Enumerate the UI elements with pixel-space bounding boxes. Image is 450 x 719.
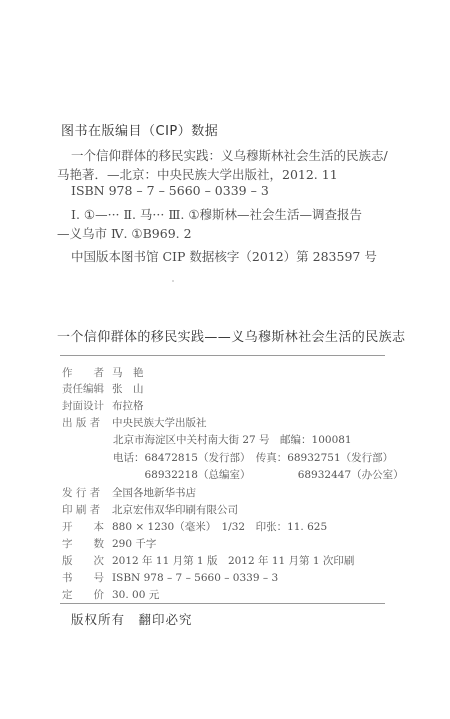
info-label: 封面设计: [62, 398, 112, 413]
info-value: 布拉格: [112, 398, 144, 413]
cip-isbn-line: ISBN 978 – 7 – 5660 – 0339 – 3: [71, 183, 269, 198]
info-printer: 印 刷 者北京宏伟双华印刷有限公司: [62, 502, 238, 517]
info-value: 2012 年 11 月第 1 版 2012 年 11 月第 1 次印刷: [112, 553, 354, 568]
copyright-notice: 版权所有 翻印必究: [71, 610, 193, 628]
book-title: 一个信仰群体的移民实践——义乌穆斯林社会生活的民族志: [57, 326, 405, 345]
bottom-divider: [60, 603, 385, 604]
info-value: 北京宏伟双华印刷有限公司: [112, 502, 238, 517]
info-distributor: 发 行 者全国各地新华书店: [62, 485, 196, 500]
info-value: 30. 00 元: [112, 587, 159, 602]
info-author: 作 者马 艳: [62, 365, 144, 380]
info-format: 开 本880 × 1230（毫米） 1/32 印张：11. 625: [62, 519, 327, 534]
info-value: 880 × 1230（毫米） 1/32 印张：11. 625: [112, 519, 327, 534]
cip-record-number: 中国版本图书馆 CIP 数据核字（2012）第 283597 号: [71, 247, 377, 265]
info-cover-design: 封面设计布拉格: [62, 398, 144, 413]
info-value: 290 千字: [112, 536, 156, 551]
info-word-count: 字 数290 千字: [62, 536, 156, 551]
info-price: 定 价30. 00 元: [62, 587, 159, 602]
info-value: 全国各地新华书店: [112, 485, 196, 500]
info-label: 开 本: [62, 519, 112, 534]
info-label: 责任编辑: [62, 381, 112, 396]
info-label: 出 版 者: [62, 415, 112, 430]
info-label: 版 次: [62, 553, 112, 568]
info-isbn: 书 号ISBN 978 – 7 – 5660 – 0339 – 3: [62, 570, 278, 585]
info-label: 作 者: [62, 365, 112, 380]
title-divider: [60, 355, 385, 356]
info-value: 张 山: [112, 381, 144, 396]
info-edition: 版 次2012 年 11 月第 1 版 2012 年 11 月第 1 次印刷: [62, 553, 354, 568]
publisher-phone-1: 电话：68472815（发行部） 传真：68932751（发行部）: [113, 450, 393, 465]
cip-classification-line: Ⅰ. ①—··· Ⅱ. 马··· Ⅲ. ①穆斯林—社会生活—调查报告: [71, 205, 362, 223]
info-publisher: 出 版 者中央民族大学出版社: [62, 415, 207, 430]
speck: [172, 280, 174, 282]
info-value: 马 艳: [112, 365, 144, 380]
publisher-phone-2: 68932218（总编室） 68932447（办公室）: [113, 467, 404, 482]
cip-author-publisher-line: 马艳著．—北京：中央民族大学出版社，2012. 11: [57, 165, 338, 183]
cip-heading: 图书在版编目（CIP）数据: [61, 120, 218, 139]
info-label: 书 号: [62, 570, 112, 585]
cip-title-line: 一个信仰群体的移民实践：义乌穆斯林社会生活的民族志/: [71, 146, 388, 164]
info-editor: 责任编辑张 山: [62, 381, 144, 396]
info-label: 字 数: [62, 536, 112, 551]
cip-classification-line-2: —义乌市 Ⅳ. ①B969. 2: [57, 224, 192, 242]
info-value: ISBN 978 – 7 – 5660 – 0339 – 3: [112, 572, 278, 584]
info-label: 定 价: [62, 587, 112, 602]
info-label: 发 行 者: [62, 485, 112, 500]
info-value: 中央民族大学出版社: [112, 415, 207, 430]
publisher-address: 北京市海淀区中关村南大街 27 号 邮编：100081: [113, 432, 352, 447]
info-label: 印 刷 者: [62, 502, 112, 517]
